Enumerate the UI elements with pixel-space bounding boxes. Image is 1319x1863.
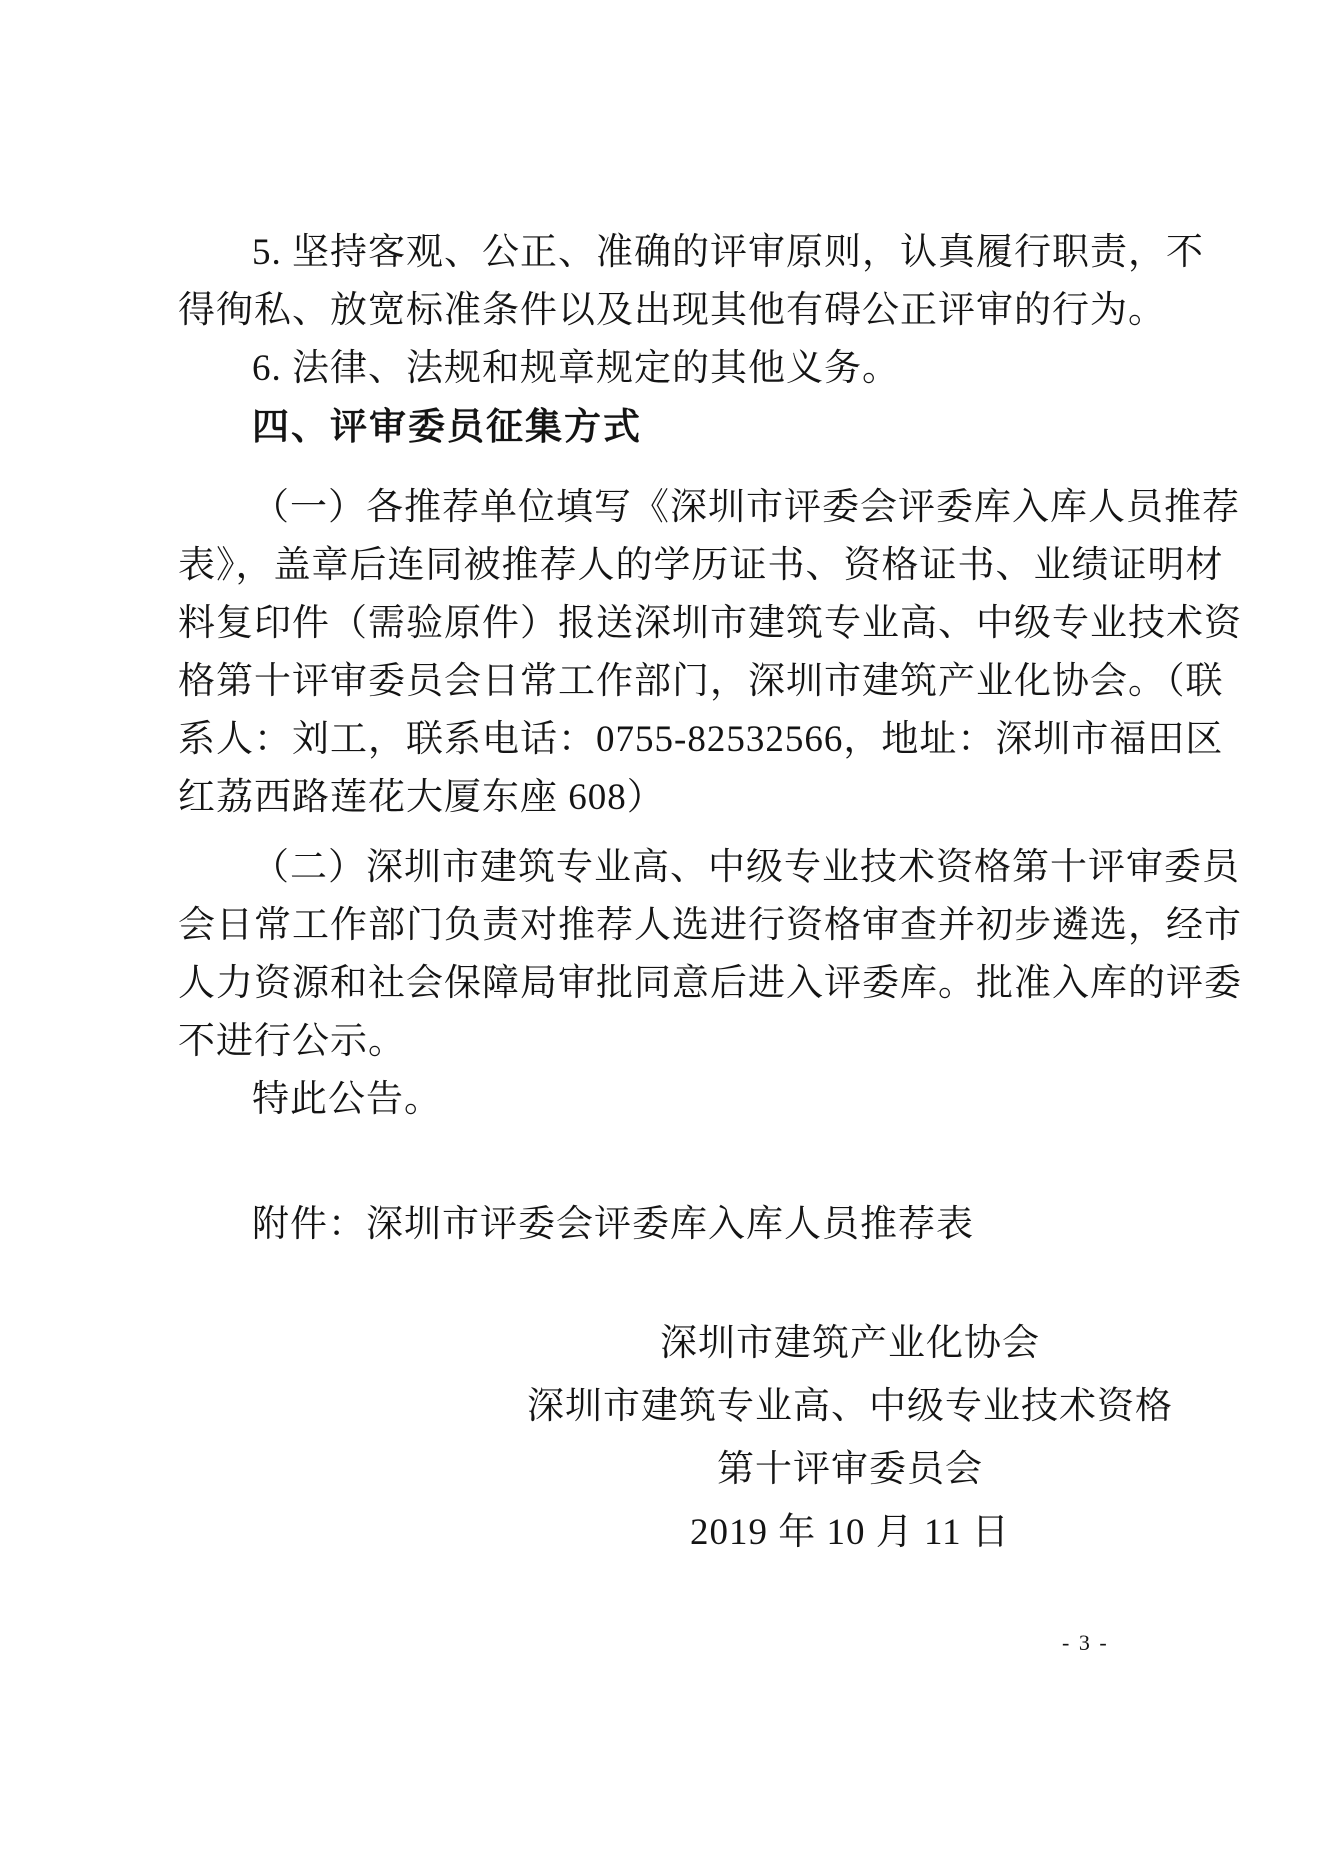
signature-block: 深圳市建筑产业化协会 深圳市建筑专业高、中级专业技术资格 第十评审委员会 201… — [500, 1312, 1200, 1564]
paragraph-two: （二）深圳市建筑专业高、中级专业技术资格第十评审委员 会日常工作部门负责对推荐人… — [178, 839, 1178, 1129]
signature-org-line-1: 深圳市建筑产业化协会 — [500, 1312, 1200, 1375]
paragraph-one-line: 表》，盖章后连同被推荐人的学历证书、资格证书、业绩证明材 — [178, 537, 1178, 595]
signature-org-line-2: 深圳市建筑专业高、中级专业技术资格 — [500, 1375, 1200, 1438]
signature-date: 2019 年 10 月 11 日 — [500, 1501, 1200, 1564]
paragraph-one-line: 格第十评审委员会日常工作部门，深圳市建筑产业化协会。（联 — [178, 653, 1178, 711]
list-item-5-line-2: 得徇私、放宽标准条件以及出现其他有碍公正评审的行为。 — [178, 282, 1178, 340]
list-item-5-line-1: 5. 坚持客观、公正、准确的评审原则，认真履行职责，不 — [178, 224, 1178, 282]
paragraph-two-line: 不进行公示。 — [178, 1013, 1178, 1071]
paragraph-one-line: 红荔西路莲花大厦东座 608） — [178, 769, 1178, 827]
paragraph-two-line: 会日常工作部门负责对推荐人选进行资格审查并初步遴选，经市 — [178, 897, 1178, 955]
paragraph-one-line: （一）各推荐单位填写《深圳市评委会评委库入库人员推荐 — [178, 479, 1178, 537]
attachment-section: 附件：深圳市评委会评委库入库人员推荐表 — [178, 1196, 1178, 1254]
paragraph-one-line: 系人：刘工，联系电话：0755-82532566，地址：深圳市福田区 — [178, 711, 1178, 769]
paragraph-one: （一）各推荐单位填写《深圳市评委会评委库入库人员推荐 表》，盖章后连同被推荐人的… — [178, 479, 1178, 827]
obligations-section: 5. 坚持客观、公正、准确的评审原则，认真履行职责，不 得徇私、放宽标准条件以及… — [178, 224, 1178, 456]
list-item-6: 6. 法律、法规和规章规定的其他义务。 — [178, 340, 1178, 398]
paragraph-two-line: （二）深圳市建筑专业高、中级专业技术资格第十评审委员 — [178, 839, 1178, 897]
page-number: - 3 - — [1062, 1630, 1109, 1656]
paragraph-one-line: 料复印件（需验原件）报送深圳市建筑专业高、中级专业技术资 — [178, 595, 1178, 653]
signature-org-line-3: 第十评审委员会 — [500, 1438, 1200, 1501]
section-heading: 四、评审委员征集方式 — [178, 398, 1178, 456]
paragraph-two-line: 人力资源和社会保障局审批同意后进入评委库。批准入库的评委 — [178, 955, 1178, 1013]
closing-statement: 特此公告。 — [178, 1071, 1178, 1129]
attachment-line: 附件：深圳市评委会评委库入库人员推荐表 — [178, 1196, 1178, 1254]
document-page: 5. 坚持客观、公正、准确的评审原则，认真履行职责，不 得徇私、放宽标准条件以及… — [0, 0, 1319, 1863]
